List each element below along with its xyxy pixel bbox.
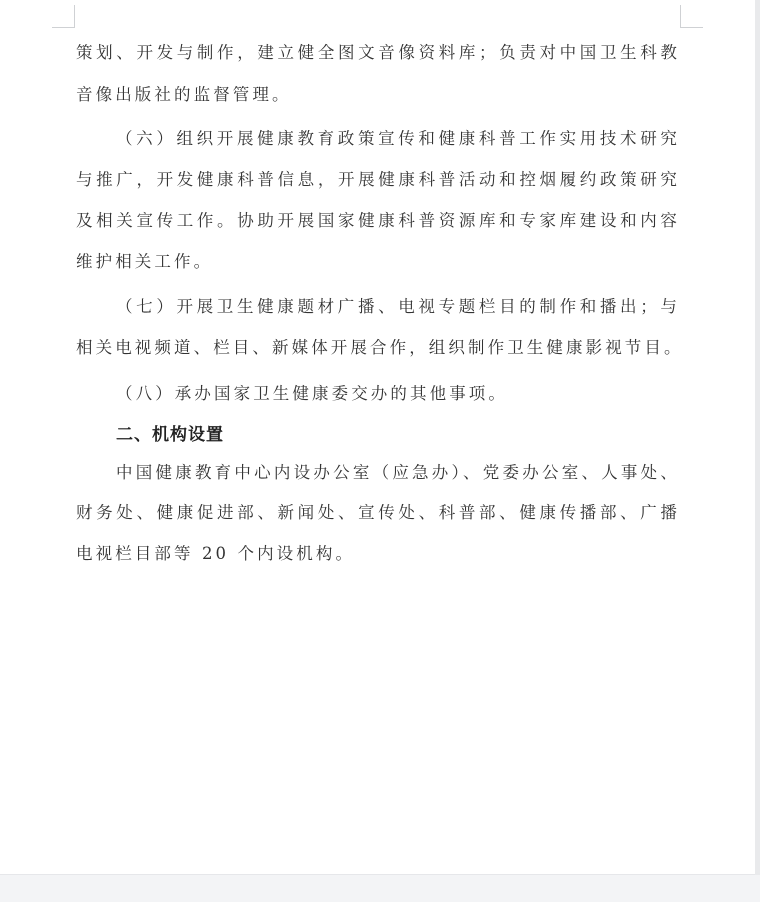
text-line: 策划、开发与制作，建立健全图文音像资料库；负责对中国卫生科教 [76, 40, 680, 66]
document-viewport[interactable]: 策划、开发与制作，建立健全图文音像资料库；负责对中国卫生科教 音像出版社的监督管… [0, 0, 760, 902]
text-line: 音像出版社的监督管理。 [76, 82, 680, 108]
text-line: 财务处、健康促进部、新闻处、宣传处、科普部、健康传播部、广播 [76, 500, 680, 526]
crop-mark-top-right [680, 5, 703, 28]
text-line: 电视栏目部等 20 个内设机构。 [76, 541, 680, 567]
text-line: 中国健康教育中心内设办公室（应急办）、党委办公室、人事处、 [76, 460, 680, 486]
text-line: 相关电视频道、栏目、新媒体开展合作，组织制作卫生健康影视节目。 [76, 335, 680, 361]
page-right-edge [755, 0, 760, 875]
text-line: （六）组织开展健康教育政策宣传和健康科普工作实用技术研究 [76, 126, 680, 152]
document-page[interactable]: 策划、开发与制作，建立健全图文音像资料库；负责对中国卫生科教 音像出版社的监督管… [0, 0, 755, 875]
text-line: 与推广，开发健康科普信息，开展健康科普活动和控烟履约政策研究 [76, 167, 680, 193]
section-heading: 二、机构设置 [116, 422, 224, 448]
text-line: 维护相关工作。 [76, 249, 680, 275]
text-line: （七）开展卫生健康题材广播、电视专题栏目的制作和播出；与 [76, 294, 680, 320]
text-line: （八）承办国家卫生健康委交办的其他事项。 [76, 381, 680, 407]
crop-mark-top-left [52, 5, 75, 28]
text-line: 及相关宣传工作。协助开展国家健康科普资源库和专家库建设和内容 [76, 208, 680, 234]
